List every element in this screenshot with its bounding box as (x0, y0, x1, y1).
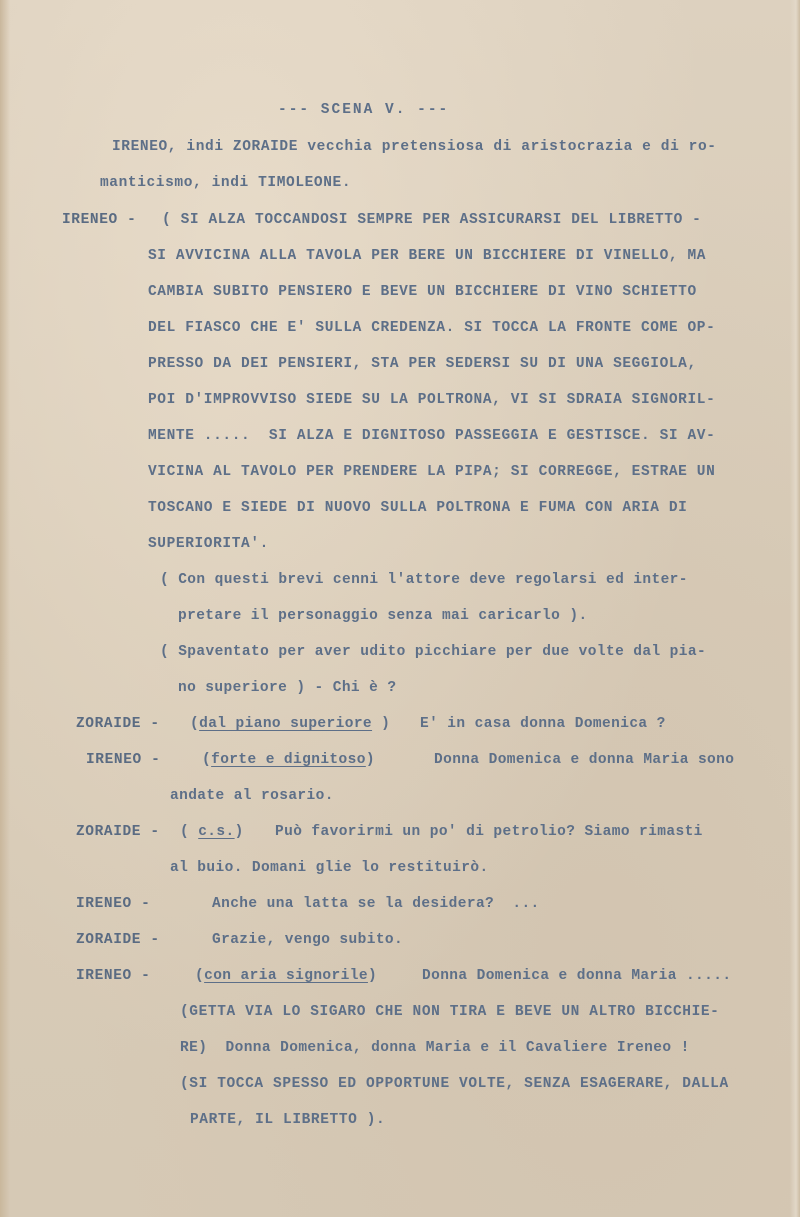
dialogue-line: Donna Domenica e donna Maria sono (434, 751, 734, 769)
note-line: ( Con questi brevi cenni l'attore deve r… (160, 571, 688, 589)
direction-text: forte e dignitoso (211, 752, 366, 768)
direction-text: c.s. (198, 824, 234, 840)
stage-direction-inline: ( c.s.) (180, 823, 244, 841)
dialogue-line: Anche una latta se la desidera? ... (212, 895, 540, 913)
stage-direction-line: DEL FIASCO CHE E' SULLA CREDENZA. SI TOC… (148, 319, 715, 337)
dialogue-line: Può favorirmi un po' di petrolio? Siamo … (275, 823, 703, 841)
stage-direction-line: (GETTA VIA LO SIGARO CHE NON TIRA E BEVE… (180, 1003, 719, 1021)
scene-title: --- SCENA V. --- (278, 101, 449, 119)
dialogue-line: no superiore ) - Chi è ? (178, 679, 396, 697)
stage-direction-line: MENTE ..... SI ALZA E DIGNITOSO PASSEGGI… (148, 427, 715, 445)
direction-text: con aria signorile (204, 968, 368, 984)
dialogue-line: Donna Domenica e donna Maria ..... (422, 967, 731, 985)
stage-direction-line: ( SI ALZA TOCCANDOSI SEMPRE PER ASSICURA… (162, 211, 701, 229)
speaker-zoraide: ZORAIDE - (76, 931, 160, 949)
stage-direction-line: POI D'IMPROVVISO SIEDE SU LA POLTRONA, V… (148, 391, 715, 409)
dialogue-line: al buio. Domani glie lo restituirò. (170, 859, 489, 877)
stage-direction-line: PRESSO DA DEI PENSIERI, STA PER SEDERSI … (148, 355, 697, 373)
stage-direction-line: CAMBIA SUBITO PENSIERO E BEVE UN BICCHIE… (148, 283, 697, 301)
stage-direction-inline: (dal piano superiore ) (190, 715, 390, 733)
typewritten-script-page: --- SCENA V. --- IRENEO, indi ZORAIDE ve… (0, 0, 800, 1217)
speaker-zoraide: ZORAIDE - (76, 823, 160, 841)
cast-description-line-1: IRENEO, indi ZORAIDE vecchia pretensiosa… (112, 138, 717, 156)
stage-direction-inline: (con aria signorile) (195, 967, 377, 985)
direction-text: dal piano superiore (199, 716, 372, 732)
note-line: pretare il personaggio senza mai caricar… (178, 607, 588, 625)
stage-direction-line: SUPERIORITA'. (148, 535, 269, 553)
stage-direction-line: PARTE, IL LIBRETTO ). (190, 1111, 385, 1129)
dialogue-line: RE) Donna Domenica, donna Maria e il Cav… (180, 1039, 690, 1057)
stage-direction-inline: (forte e dignitoso) (202, 751, 375, 769)
speaker-ireneo: IRENEO - (62, 211, 136, 229)
dialogue-line: E' in casa donna Domenica ? (420, 715, 666, 733)
stage-direction-line: (SI TOCCA SPESSO ED OPPORTUNE VOLTE, SEN… (180, 1075, 729, 1093)
cast-description-line-2: manticismo, indi TIMOLEONE. (100, 174, 351, 192)
stage-direction-line: SI AVVICINA ALLA TAVOLA PER BERE UN BICC… (148, 247, 706, 265)
speaker-ireneo: IRENEO - (86, 751, 160, 769)
dialogue-line: andate al rosario. (170, 787, 334, 805)
stage-direction-line: VICINA AL TAVOLO PER PRENDERE LA PIPA; S… (148, 463, 715, 481)
dialogue-line: Grazie, vengo subito. (212, 931, 403, 949)
stage-direction-line: TOSCANO E SIEDE DI NUOVO SULLA POLTRONA … (148, 499, 687, 517)
speaker-zoraide: ZORAIDE - (76, 715, 160, 733)
note-line: ( Spaventato per aver udito picchiare pe… (160, 643, 706, 661)
speaker-ireneo: IRENEO - (76, 895, 150, 913)
speaker-ireneo: IRENEO - (76, 967, 150, 985)
